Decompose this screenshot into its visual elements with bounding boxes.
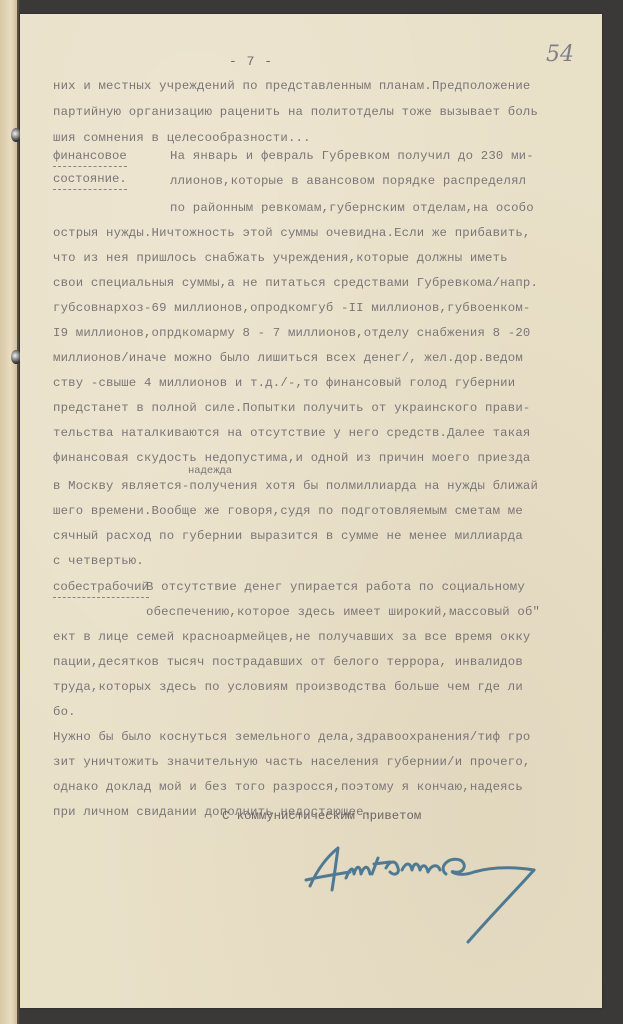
text-line: них и местных учреждений по представленн… bbox=[53, 79, 531, 93]
binder-edge bbox=[0, 0, 18, 1024]
text-line: ллионов,которые в авансовом порядке расп… bbox=[170, 174, 526, 188]
text-line: пации,десятков тысяч пострадавших от бел… bbox=[53, 655, 523, 669]
handwritten-insertion: надежда bbox=[188, 465, 232, 477]
text-line: Нужно бы было коснуться земельного дела,… bbox=[53, 730, 531, 744]
text-line: ект в лице семей красноармейцев,не получ… bbox=[53, 630, 531, 644]
handwritten-signature-icon bbox=[298, 838, 558, 948]
margin-heading-finance: состояние. bbox=[53, 172, 127, 190]
text-line: I9 миллионов,опрдкомарму 8 - 7 миллионов… bbox=[53, 326, 531, 340]
margin-heading-finance: финансовое bbox=[53, 149, 127, 167]
text-line: партийную организацию раценить на полито… bbox=[53, 105, 538, 119]
text-line: с четвертью. bbox=[53, 554, 144, 568]
text-line: по районным ревкомам,губернским отделам,… bbox=[170, 201, 534, 215]
text-line: На январь и февраль Губревком получил до… bbox=[170, 149, 534, 163]
text-line: В отсутствие денег упирается работа по с… bbox=[146, 580, 525, 594]
text-line: предстанет в полной силе.Попытки получит… bbox=[53, 401, 531, 415]
text-line: что из нея пришлось снабжать учреждения,… bbox=[53, 251, 508, 265]
text-line: финансовая скудость недопустима,и одной … bbox=[53, 451, 531, 465]
text-line: бо. bbox=[53, 705, 76, 719]
text-line: острыя нужды.Ничтожность этой суммы очев… bbox=[53, 226, 531, 240]
text-line: свои специальныя суммы,а не питаться сре… bbox=[53, 276, 538, 290]
text-line: губсовнархоз-69 миллионов,опродкомгуб -I… bbox=[53, 301, 531, 315]
text-line: шия сомнения в целесообразности... bbox=[53, 131, 311, 145]
page-number: - 7 - bbox=[20, 54, 602, 69]
text-line: миллионов/иначе можно было лишиться всех… bbox=[53, 351, 523, 365]
text-line: зит уничтожить значительную часть населе… bbox=[53, 755, 531, 769]
binder-spine bbox=[17, 0, 19, 1024]
text-line: ству -свыше 4 миллионов и т.д./-,то фина… bbox=[53, 376, 515, 390]
text-line: труда,которых здесь по условиям производ… bbox=[53, 680, 523, 694]
text-line: тельства наталкиваются на отсутствие у н… bbox=[53, 426, 531, 440]
text-line: сячный расход по губернии выразится в су… bbox=[53, 529, 523, 543]
text-line: однако доклад мой и без того разросся,по… bbox=[53, 780, 523, 794]
text-line: обеспечению,которое здесь имеет широкий,… bbox=[146, 605, 540, 619]
margin-heading-social: собестрабочий bbox=[53, 580, 149, 598]
text-line: в Москву является-получения хотя бы полм… bbox=[53, 479, 538, 493]
text-line: шего времени.Вообще же говоря,судя по по… bbox=[53, 504, 523, 518]
closing-salutation: С коммунистическим приветом bbox=[222, 809, 421, 823]
